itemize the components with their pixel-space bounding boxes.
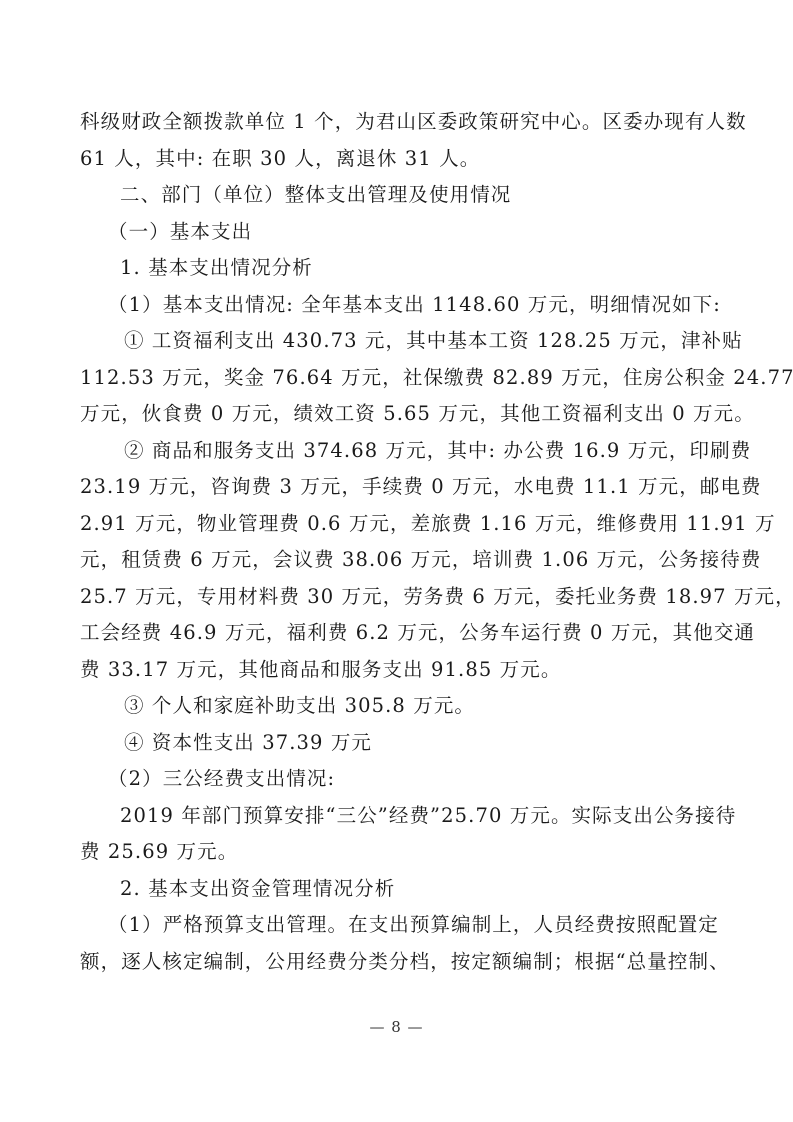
- paragraph-line: （1）严格预算支出管理。在支出预算编制上，人员经费按照配置定: [80, 907, 714, 944]
- paragraph-line: （1）基本支出情况: 全年基本支出 1148.60 万元，明细情况如下:: [80, 287, 714, 324]
- subsection-heading: 1. 基本支出情况分析: [80, 250, 714, 287]
- paragraph-line: 费 25.69 万元。: [80, 834, 714, 871]
- subsection-heading: （2）三公经费支出情况:: [80, 761, 714, 798]
- paragraph-line: 2.91 万元，物业管理费 0.6 万元，差旅费 1.16 万元，维修费用 11…: [80, 506, 714, 543]
- paragraph-line: 2019 年部门预算安排“三公”经费”25.70 万元。实际支出公务接待: [80, 798, 714, 835]
- section-heading: 二、部门（单位）整体支出管理及使用情况: [80, 177, 714, 214]
- paragraph-line: 112.53 万元，奖金 76.64 万元，社保缴费 82.89 万元，住房公积…: [80, 360, 714, 397]
- paragraph-line: 元，租赁费 6 万元，会议费 38.06 万元，培训费 1.06 万元，公务接待…: [80, 542, 714, 579]
- paragraph-line: 额，逐人核定编制，公用经费分类分档，按定额编制；根据“总量控制、: [80, 944, 714, 981]
- paragraph-line: 科级财政全额拨款单位 1 个，为君山区委政策研究中心。区委办现有人数: [80, 104, 714, 141]
- subsection-heading: 2. 基本支出资金管理情况分析: [80, 871, 714, 908]
- paragraph-line: 工会经费 46.9 万元，福利费 6.2 万元，公务车运行费 0 万元，其他交通: [80, 615, 714, 652]
- list-item-line: ④ 资本性支出 37.39 万元: [80, 725, 714, 762]
- paragraph-line: 61 人，其中: 在职 30 人，离退休 31 人。: [80, 141, 714, 178]
- paragraph-line: 25.7 万元，专用材料费 30 万元，劳务费 6 万元，委托业务费 18.97…: [80, 579, 714, 616]
- subsection-heading: （一）基本支出: [80, 214, 714, 251]
- list-item-line: ③ 个人和家庭补助支出 305.8 万元。: [80, 688, 714, 725]
- list-item-line: ② 商品和服务支出 374.68 万元，其中: 办公费 16.9 万元，印刷费: [80, 433, 714, 470]
- page-number: — 8 —: [0, 1018, 793, 1036]
- paragraph-line: 费 33.17 万元，其他商品和服务支出 91.85 万元。: [80, 652, 714, 689]
- document-body: 科级财政全额拨款单位 1 个，为君山区委政策研究中心。区委办现有人数 61 人，…: [80, 104, 714, 980]
- list-item-line: ① 工资福利支出 430.73 元，其中基本工资 128.25 万元，津补贴: [80, 323, 714, 360]
- paragraph-line: 万元，伙食费 0 万元，绩效工资 5.65 万元，其他工资福利支出 0 万元。: [80, 396, 714, 433]
- paragraph-line: 23.19 万元，咨询费 3 万元，手续费 0 万元，水电费 11.1 万元，邮…: [80, 469, 714, 506]
